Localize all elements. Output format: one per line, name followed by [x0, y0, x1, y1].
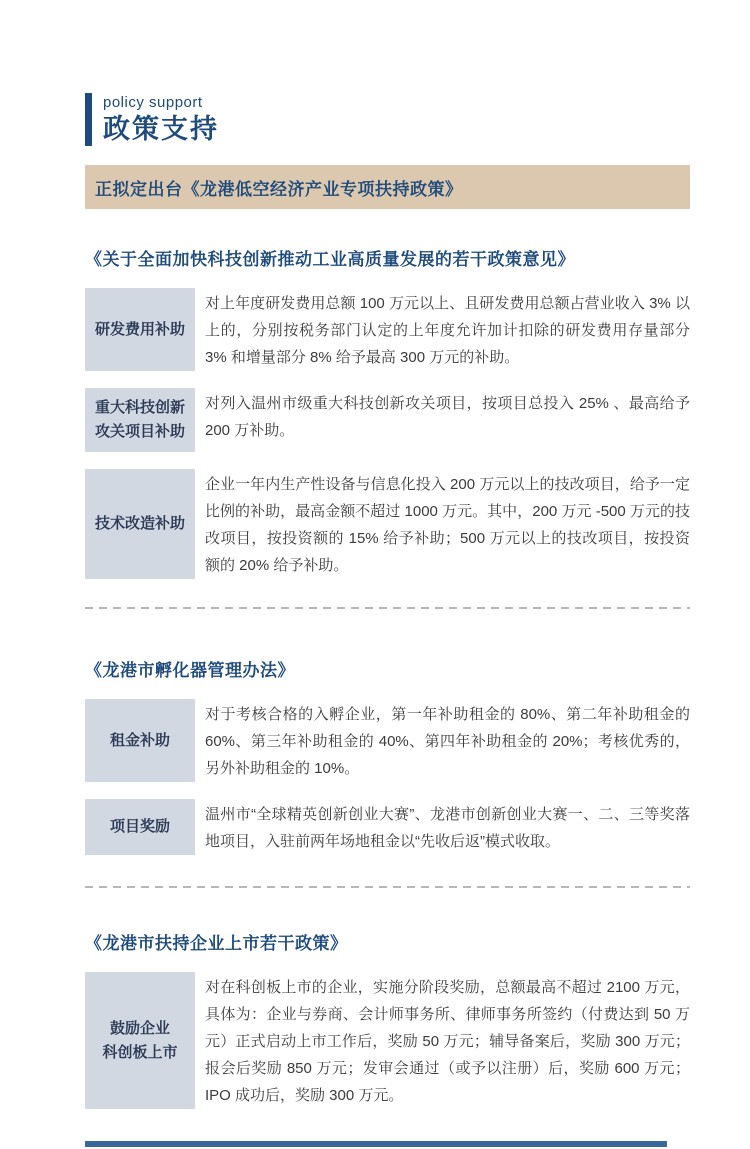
policy-item-description: 对上年度研发费用总额 100 万元以上、且研发费用总额占营业收入 3% 以上的，…: [205, 288, 690, 371]
policy-item-rd-subsidy: 研发费用补助 对上年度研发费用总额 100 万元以上、且研发费用总额占营业收入 …: [85, 288, 690, 371]
header-accent-bar: [85, 93, 92, 146]
policy-item-label: 项目奖励: [85, 799, 195, 855]
dashed-divider: [85, 607, 690, 609]
page-title: 政策支持: [103, 113, 219, 146]
policy-item-rent-subsidy: 租金补助 对于考核合格的入孵企业，第一年补助租金的 80%、第二年补助租金的 6…: [85, 699, 690, 782]
policy-item-label: 研发费用补助: [85, 288, 195, 371]
dashed-divider: [85, 886, 690, 888]
policy-item-description: 企业一年内生产性设备与信息化投入 200 万元以上的技改项目，给予一定比例的补助…: [205, 469, 690, 579]
section-items-tech-innovation: 研发费用补助 对上年度研发费用总额 100 万元以上、且研发费用总额占营业收入 …: [85, 288, 690, 579]
policy-item-label: 租金补助: [85, 699, 195, 782]
footer-accent-bar: [85, 1141, 667, 1147]
header-text: policy support 政策支持: [103, 93, 219, 146]
policy-item-tech-upgrade: 技术改造补助 企业一年内生产性设备与信息化投入 200 万元以上的技改项目，给予…: [85, 469, 690, 579]
page-content: policy support 政策支持 正拟定出台《龙港低空经济产业专项扶持政策…: [85, 0, 690, 1126]
policy-banner-text: 正拟定出台《龙港低空经济产业专项扶持政策》: [95, 175, 463, 200]
policy-item-major-sci-tech: 重大科技创新 攻关项目补助 对列入温州市级重大科技创新攻关项目，按项目总投入 2…: [85, 388, 690, 452]
page-header: policy support 政策支持: [85, 93, 690, 146]
section-items-ipo-support: 鼓励企业 科创板上市 对在科创板上市的企业，实施分阶段奖励，总额最高不超过 21…: [85, 972, 690, 1109]
policy-item-star-market-listing: 鼓励企业 科创板上市 对在科创板上市的企业，实施分阶段奖励，总额最高不超过 21…: [85, 972, 690, 1109]
policy-item-description: 对列入温州市级重大科技创新攻关项目，按项目总投入 25% 、最高给予 200 万…: [205, 388, 690, 452]
section-heading-tech-innovation: 《关于全面加快科技创新推动工业高质量发展的若干政策意见》: [85, 248, 690, 272]
section-items-incubator: 租金补助 对于考核合格的入孵企业，第一年补助租金的 80%、第二年补助租金的 6…: [85, 699, 690, 855]
policy-item-label: 技术改造补助: [85, 469, 195, 579]
policy-banner: 正拟定出台《龙港低空经济产业专项扶持政策》: [85, 165, 690, 209]
policy-item-description: 对在科创板上市的企业，实施分阶段奖励，总额最高不超过 2100 万元，具体为：企…: [205, 972, 690, 1109]
section-heading-ipo-support: 《龙港市扶持企业上市若干政策》: [85, 932, 690, 956]
policy-item-description: 温州市“全球精英创新创业大赛”、龙港市创新创业大赛一、二、三等奖落地项目，入驻前…: [205, 799, 690, 855]
policy-item-project-award: 项目奖励 温州市“全球精英创新创业大赛”、龙港市创新创业大赛一、二、三等奖落地项…: [85, 799, 690, 855]
policy-item-label: 鼓励企业 科创板上市: [85, 972, 195, 1109]
policy-item-label: 重大科技创新 攻关项目补助: [85, 388, 195, 452]
section-heading-incubator: 《龙港市孵化器管理办法》: [85, 659, 690, 683]
policy-item-description: 对于考核合格的入孵企业，第一年补助租金的 80%、第二年补助租金的 60%、第三…: [205, 699, 690, 782]
header-eyebrow: policy support: [103, 93, 219, 113]
